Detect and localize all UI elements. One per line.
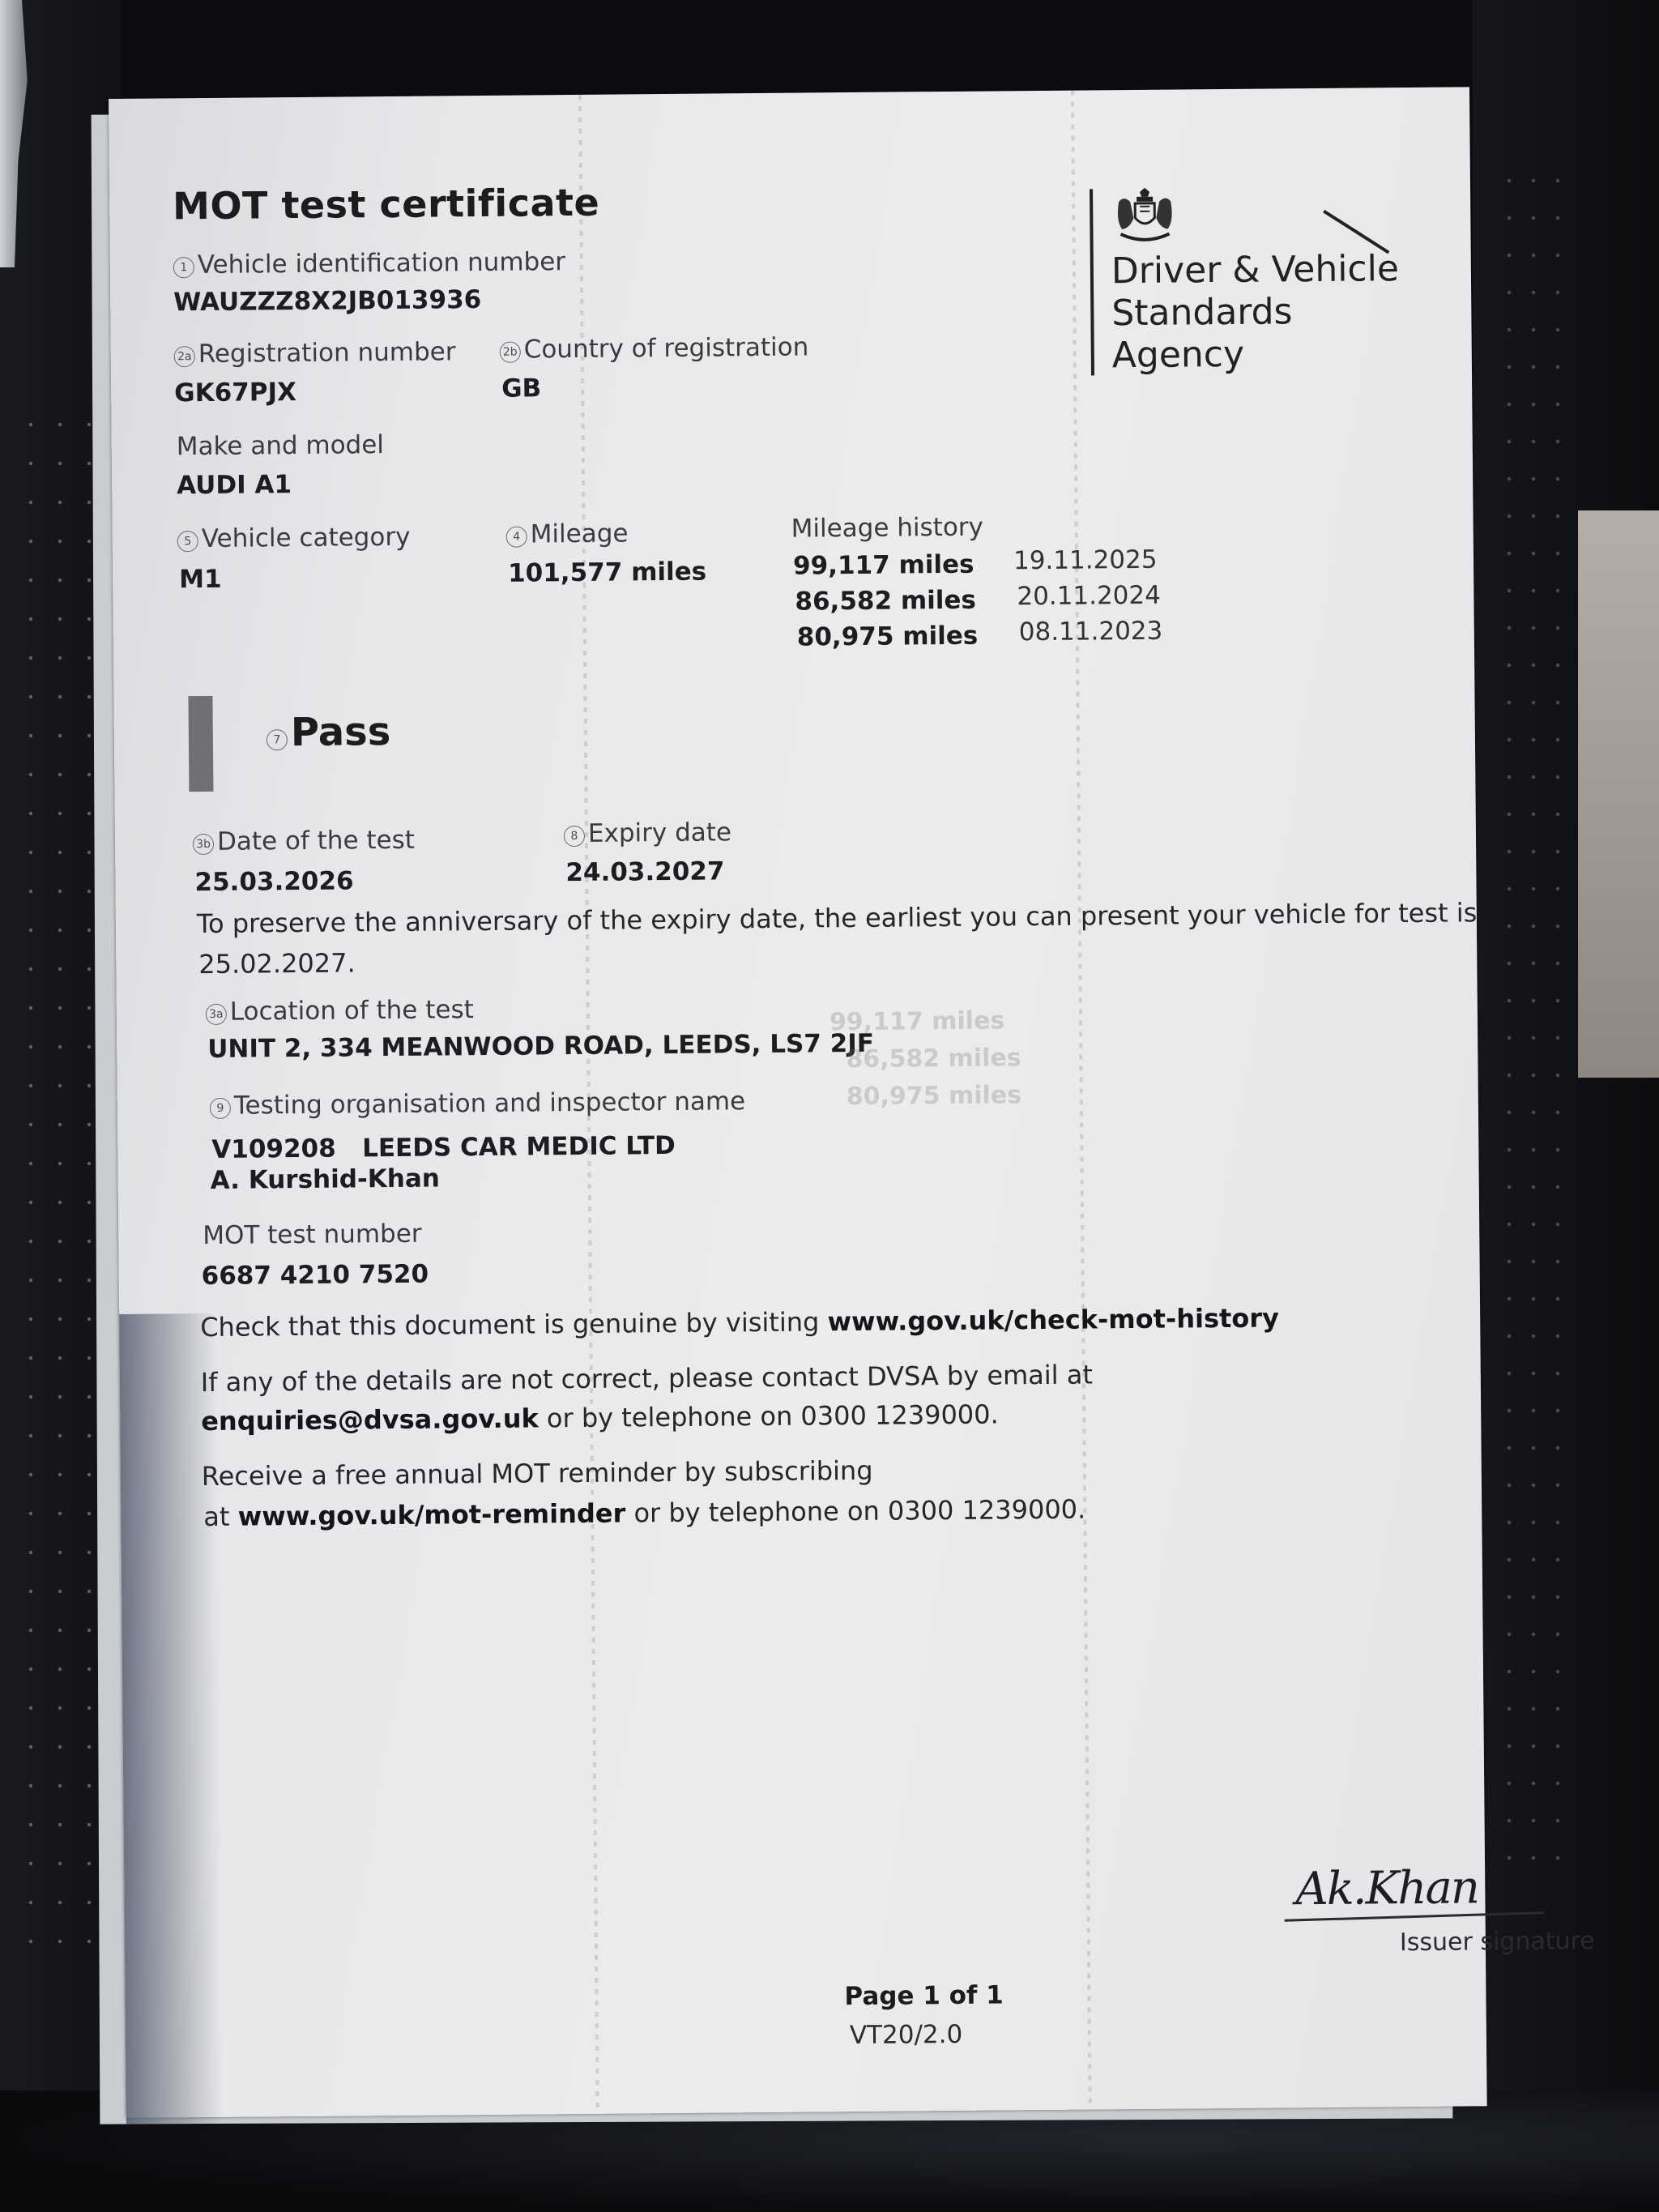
issuer-signature: Ak.Khan bbox=[1295, 1861, 1478, 1915]
mileage-history-label: Mileage history bbox=[791, 513, 984, 544]
org-name: LEEDS CAR MEDIC LTD bbox=[362, 1131, 676, 1163]
dvsa-email-link[interactable]: enquiries@dvsa.gov.uk bbox=[201, 1403, 539, 1437]
mot-certificate: MOT test certificate Driver & Vehicle St… bbox=[109, 87, 1487, 2118]
check-mot-history-link[interactable]: www.gov.uk/check-mot-history bbox=[827, 1302, 1279, 1337]
contact-text: If any of the details are not correct, p… bbox=[201, 1359, 1093, 1398]
signature-label: Issuer signature bbox=[1400, 1927, 1595, 1957]
pen-mark bbox=[1323, 210, 1389, 254]
expiry-date-value: 24.03.2027 bbox=[565, 856, 724, 887]
marker-9-icon: 9 bbox=[210, 1098, 231, 1119]
testing-org-value: V109208 LEEDS CAR MEDIC LTD bbox=[211, 1131, 676, 1164]
test-result: 7Pass bbox=[267, 709, 391, 755]
marker-1-icon: 1 bbox=[173, 257, 194, 278]
test-date-label: 3bDate of the test bbox=[193, 826, 415, 856]
royal-coat-of-arms-icon bbox=[1112, 186, 1178, 246]
mileage-value: 101,577 miles bbox=[508, 557, 706, 588]
marker-7-icon: 7 bbox=[267, 729, 288, 750]
country-label: 2bCountry of registration bbox=[500, 332, 809, 364]
testing-org-label: 9Testing organisation and inspector name bbox=[210, 1087, 746, 1121]
seat-perforation-right bbox=[1497, 162, 1562, 1864]
test-number-label: MOT test number bbox=[203, 1219, 422, 1250]
agency-line: Agency bbox=[1112, 332, 1436, 377]
page-number: Page 1 of 1 bbox=[844, 1980, 1004, 2011]
location-label: 3aLocation of the test bbox=[206, 995, 474, 1027]
ink-transfer: 86,582 miles bbox=[846, 1044, 1021, 1074]
agency-name: Driver & Vehicle Standards Agency bbox=[1111, 248, 1436, 377]
marker-2a-icon: 2a bbox=[174, 346, 195, 367]
genuine-check-text: Check that this document is genuine by v… bbox=[200, 1302, 1279, 1343]
mileage-history-miles: 86,582 miles bbox=[795, 586, 976, 617]
ink-transfer: 80,975 miles bbox=[847, 1081, 1022, 1111]
make-model-label: Make and model bbox=[177, 430, 385, 461]
marker-3a-icon: 3a bbox=[206, 1004, 227, 1025]
reminder-text: Receive a free annual MOT reminder by su… bbox=[202, 1455, 873, 1492]
org-id: V109208 bbox=[211, 1134, 336, 1164]
marker-8-icon: 8 bbox=[564, 826, 585, 847]
background-panel bbox=[1578, 510, 1659, 1078]
mileage-label: 4Mileage bbox=[506, 519, 629, 549]
form-code: VT20/2.0 bbox=[850, 2020, 963, 2050]
marker-5-icon: 5 bbox=[177, 531, 198, 552]
mot-reminder-link[interactable]: www.gov.uk/mot-reminder bbox=[237, 1497, 625, 1531]
mileage-history-date: 20.11.2024 bbox=[1017, 581, 1161, 612]
mileage-history-date: 08.11.2023 bbox=[1019, 617, 1163, 647]
vin-label: 1Vehicle identification number bbox=[173, 247, 566, 280]
marker-4-icon: 4 bbox=[506, 527, 527, 548]
agency-line: Standards bbox=[1111, 290, 1435, 335]
mileage-history-miles: 80,975 miles bbox=[797, 621, 979, 652]
agency-line: Driver & Vehicle bbox=[1111, 248, 1435, 293]
contact-text-2: enquiries@dvsa.gov.uk or by telephone on… bbox=[201, 1399, 999, 1437]
fold-mark bbox=[1071, 91, 1092, 2110]
location-value: UNIT 2, 334 MEANWOOD ROAD, LEEDS, LS7 2J… bbox=[207, 1029, 874, 1064]
logo-divider bbox=[1090, 189, 1094, 375]
inspector-name: A. Kurshid-Khan bbox=[210, 1164, 440, 1194]
registration-value: GK67PJX bbox=[174, 378, 296, 408]
marker-2b-icon: 2b bbox=[500, 342, 521, 363]
expiry-date-label: 8Expiry date bbox=[564, 818, 731, 848]
ink-transfer: 99,117 miles bbox=[829, 1006, 1005, 1036]
test-date-value: 25.03.2026 bbox=[194, 866, 353, 897]
mileage-history-date: 19.11.2025 bbox=[1013, 545, 1158, 576]
make-model-value: AUDI A1 bbox=[177, 470, 292, 500]
vin-value: WAUZZZ8X2JB013936 bbox=[173, 285, 481, 317]
country-value: GB bbox=[501, 374, 541, 403]
registration-label: 2aRegistration number bbox=[174, 337, 456, 369]
reminder-text-2: at www.gov.uk/mot-reminder or by telepho… bbox=[203, 1494, 1085, 1533]
page-title: MOT test certificate bbox=[173, 181, 599, 228]
test-number-value: 6687 4210 7520 bbox=[202, 1260, 429, 1291]
anniversary-note: To preserve the anniversary of the expir… bbox=[197, 897, 1478, 939]
category-label: 5Vehicle category bbox=[177, 523, 411, 554]
result-indicator-bar bbox=[188, 696, 213, 792]
marker-3b-icon: 3b bbox=[193, 834, 214, 855]
mileage-history-miles: 99,117 miles bbox=[793, 550, 975, 581]
category-value: M1 bbox=[179, 565, 222, 594]
earliest-test-date: 25.02.2027. bbox=[198, 947, 356, 980]
